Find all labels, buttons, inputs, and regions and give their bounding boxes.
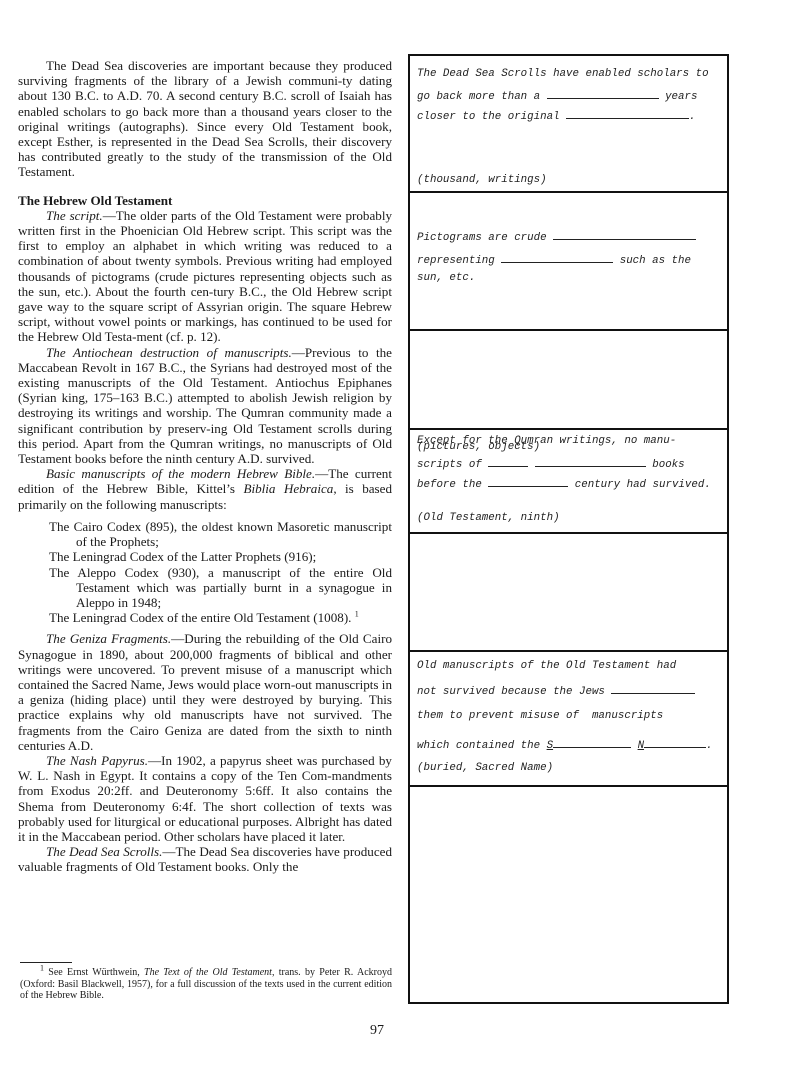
subhead-geniza: The Geniza Fragments. xyxy=(46,631,171,646)
list-item: The Cairo Codex (895), the oldest known … xyxy=(49,519,392,549)
frame-line: not survived because the Jews xyxy=(417,683,719,698)
frame-6: Old manuscripts of the Old Testament had… xyxy=(410,652,727,787)
list-item: The Leningrad Codex of the Latter Prophe… xyxy=(49,549,392,564)
paragraph-geniza: The Geniza Fragments.—During the rebuild… xyxy=(18,631,392,753)
footnote: 1 See Ernst Würthwein, The Text of the O… xyxy=(20,967,392,1002)
answer-blank[interactable] xyxy=(488,456,528,467)
frame-answer: (Old Testament, ninth) xyxy=(417,512,560,524)
answer-blank[interactable] xyxy=(553,229,696,240)
frame-3 xyxy=(410,331,727,430)
manuscript-list: The Cairo Codex (895), the oldest known … xyxy=(49,519,392,625)
frame-line: The Dead Sea Scrolls have enabled schola… xyxy=(417,68,719,80)
frame-2: Pictograms are crude representing such a… xyxy=(410,193,727,331)
frame-line: representing such as the xyxy=(417,252,719,267)
subhead-script: The script. xyxy=(46,208,103,223)
footnote-rule xyxy=(20,962,72,963)
answer-blank[interactable] xyxy=(611,683,695,694)
frame-line: Pictograms are crude xyxy=(417,229,719,244)
list-item: The Leningrad Codex of the entire Old Te… xyxy=(49,610,392,625)
subhead-antiochean: The Antiochean destruction of manuscript… xyxy=(46,345,292,360)
frame-line: before the century had survived. xyxy=(417,476,719,491)
paragraph-basic-manuscripts: Basic manuscripts of the modern Hebrew B… xyxy=(18,466,392,512)
frame-line: go back more than a years xyxy=(417,88,719,103)
subhead-basic: Basic manuscripts of the modern Hebrew B… xyxy=(46,466,315,481)
frame-1: The Dead Sea Scrolls have enabled schola… xyxy=(410,56,727,193)
answer-blank[interactable] xyxy=(501,252,613,263)
frame-line: closer to the original . xyxy=(417,108,719,123)
frame-line: Except for the Qumran writings, no manu- xyxy=(417,435,719,447)
frame-line: Old manuscripts of the Old Testament had xyxy=(417,660,719,672)
footnote-marker[interactable]: 1 xyxy=(355,610,359,619)
section-heading: The Hebrew Old Testament xyxy=(18,193,392,208)
subhead-deadsea: The Dead Sea Scrolls. xyxy=(46,844,162,859)
frame-answer: (thousand, writings) xyxy=(417,174,547,186)
paragraph-nash: The Nash Papyrus.—In 1902, a papyrus she… xyxy=(18,753,392,844)
answer-blank[interactable] xyxy=(535,456,646,467)
programmed-frames: The Dead Sea Scrolls have enabled schola… xyxy=(408,54,729,1004)
frame-7 xyxy=(410,787,727,1002)
answer-blank[interactable] xyxy=(488,476,568,487)
frame-4: Except for the Qumran writings, no manu-… xyxy=(410,430,727,534)
frame-line: sun, etc. xyxy=(417,272,719,284)
answer-blank[interactable] xyxy=(547,88,659,99)
page-number: 97 xyxy=(370,1023,384,1039)
frame-5 xyxy=(410,534,727,652)
answer-blank[interactable] xyxy=(553,737,631,748)
frame-line: them to prevent misuse of manuscripts xyxy=(417,710,719,722)
list-item: The Aleppo Codex (930), a manuscript of … xyxy=(49,565,392,611)
answer-blank[interactable] xyxy=(566,108,689,119)
main-text-column: The Dead Sea discoveries are important b… xyxy=(18,58,392,875)
frame-line: which contained the S N. xyxy=(417,737,719,752)
frame-answer: (buried, Sacred Name) xyxy=(417,762,553,774)
paragraph-antiochean: The Antiochean destruction of manuscript… xyxy=(18,345,392,467)
frame-line: scripts of books xyxy=(417,456,719,471)
paragraph-deadsea: The Dead Sea Scrolls.—The Dead Sea disco… xyxy=(18,844,392,874)
subhead-nash: The Nash Papyrus. xyxy=(46,753,148,768)
intro-paragraph: The Dead Sea discoveries are important b… xyxy=(18,58,392,180)
answer-blank[interactable] xyxy=(644,737,706,748)
paragraph-script: The script.—The older parts of the Old T… xyxy=(18,208,392,345)
